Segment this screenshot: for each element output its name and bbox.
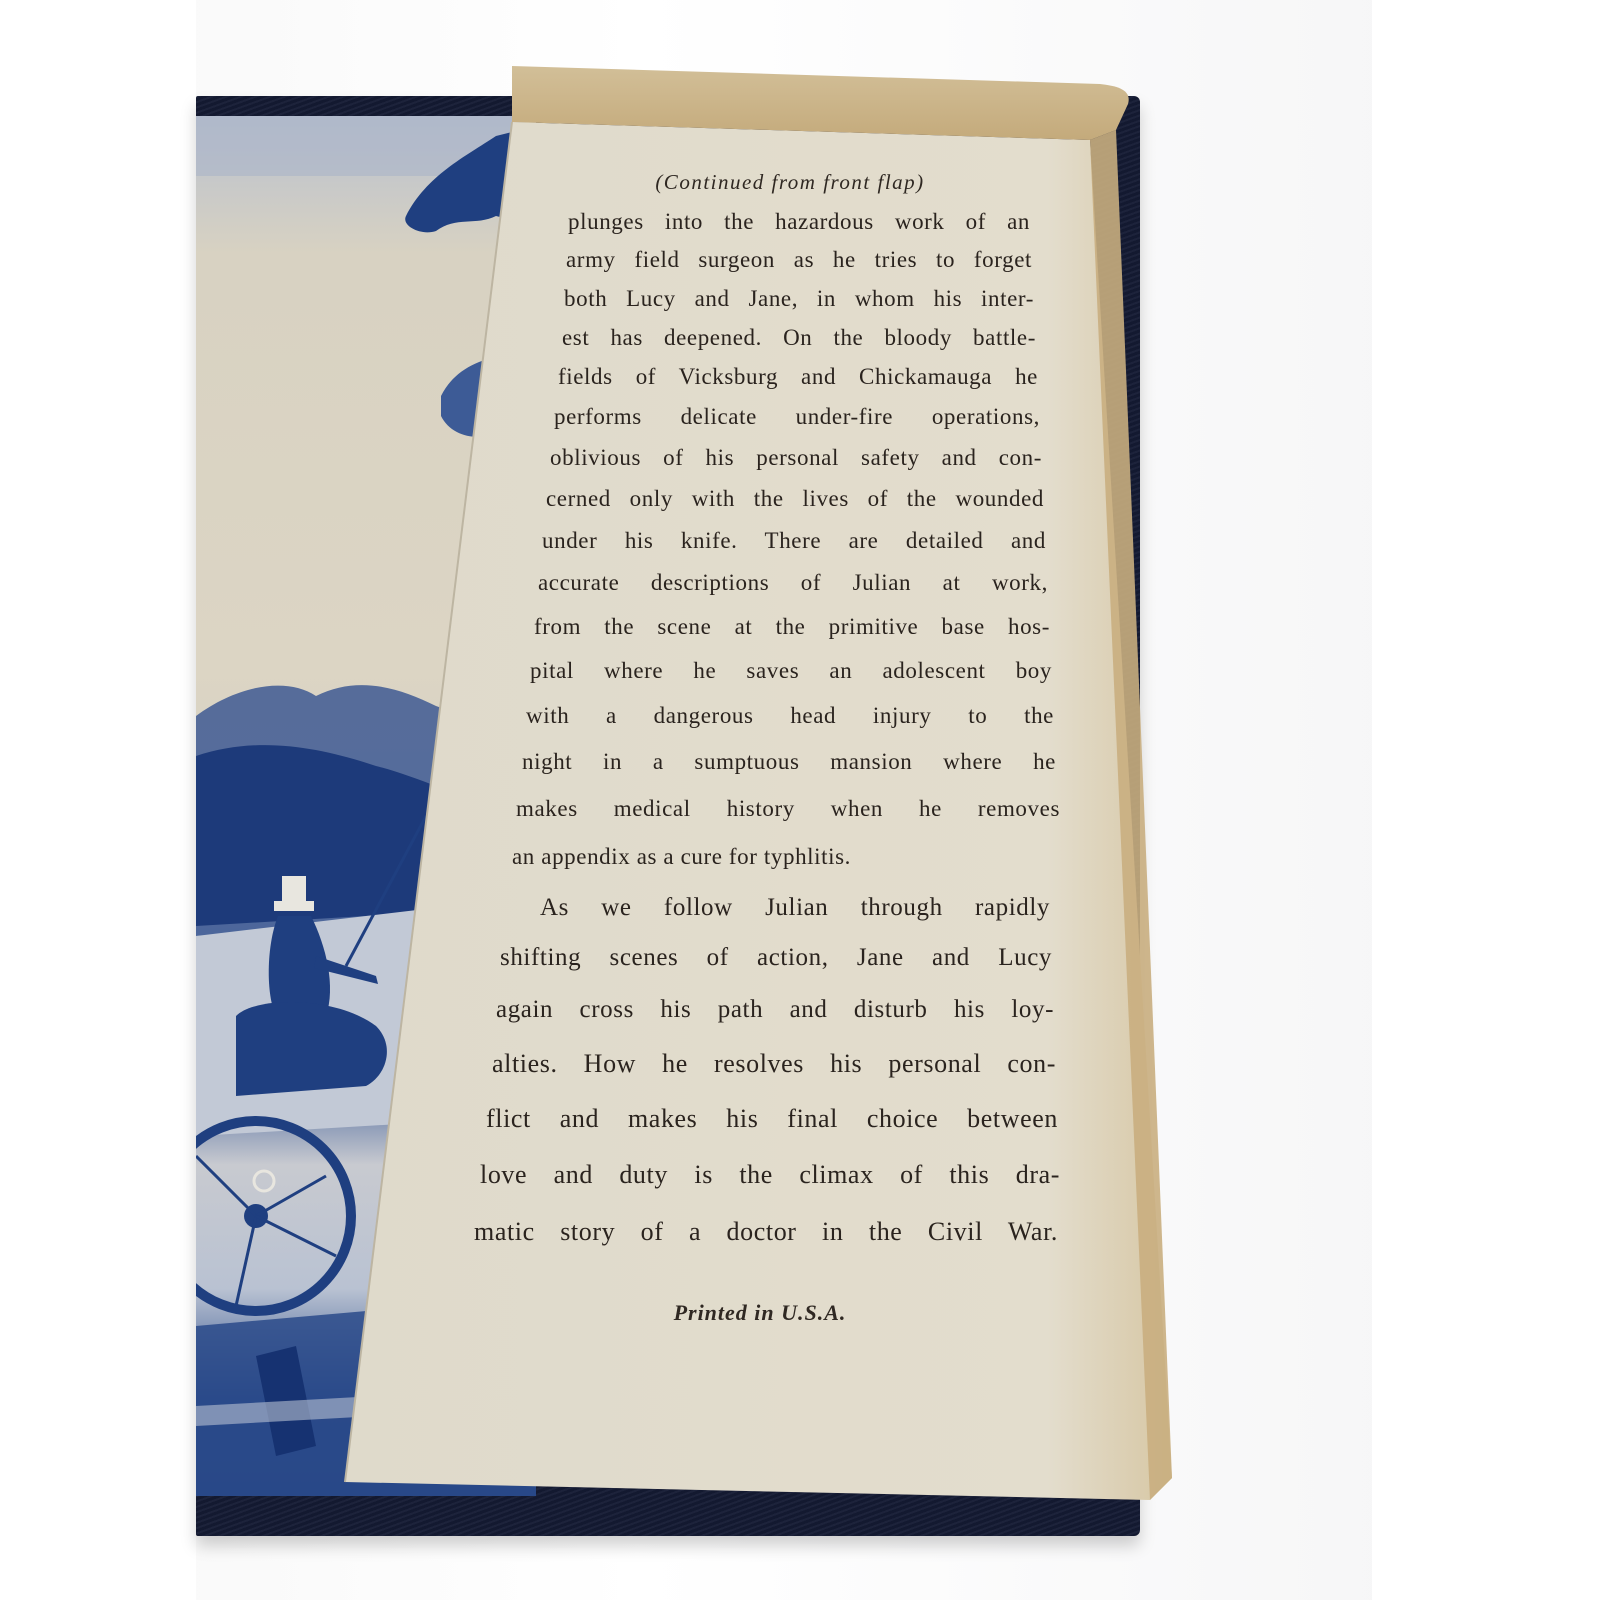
text-line: alties. How he resolves his personal con… (492, 1049, 1056, 1104)
flap-heading: (Continued from front flap) (510, 170, 1070, 195)
flap-paragraph-2: As we follow Julian through rapidly shif… (470, 894, 1070, 1275)
flap-text-block: (Continued from front flap) plunges into… (470, 170, 1070, 1275)
photo-background-left (0, 0, 196, 1600)
text-line: shifting scenes of action, Jane and Lucy (500, 944, 1052, 996)
text-line: from the scene at the primitive base hos… (534, 614, 1050, 658)
text-line: est has deepened. On the bloody battle- (562, 325, 1036, 364)
text-line: makes medical history when he removes (516, 796, 1060, 844)
text-line: again cross his path and disturb his loy… (496, 996, 1054, 1049)
text-line: love and duty is the climax of this dra- (480, 1160, 1060, 1217)
flap-paragraph-1: plunges into the hazardous work of an ar… (470, 209, 1070, 894)
text-line: matic story of a doctor in the Civil War… (474, 1217, 1058, 1275)
text-line: with a dangerous head injury to the (526, 703, 1054, 749)
text-line: performs delicate under-fire operations, (554, 404, 1040, 445)
photo-scene: (Continued from front flap) plunges into… (0, 0, 1600, 1600)
photo-background-right (1372, 0, 1600, 1600)
text-line: plunges into the hazardous work of an (568, 209, 1030, 247)
text-line: pital where he saves an adolescent boy (530, 658, 1052, 703)
text-line: under his knife. There are detailed and (542, 528, 1046, 570)
text-line: As we follow Julian through rapidly (540, 894, 1050, 944)
text-line: cerned only with the lives of the wounde… (546, 486, 1044, 528)
text-line: both Lucy and Jane, in whom his inter- (564, 286, 1034, 325)
text-line: night in a sumptuous mansion where he (522, 749, 1056, 796)
text-line: fields of Vicksburg and Chickamauga he (558, 364, 1038, 404)
text-line: flict and makes his final choice between (486, 1104, 1058, 1160)
text-line: oblivious of his personal safety and con… (550, 445, 1042, 486)
text-line: army field surgeon as he tries to forget (566, 247, 1032, 286)
text-line: an appendix as a cure for typhlitis. (512, 844, 1070, 894)
text-line: accurate descriptions of Julian at work, (538, 570, 1048, 614)
